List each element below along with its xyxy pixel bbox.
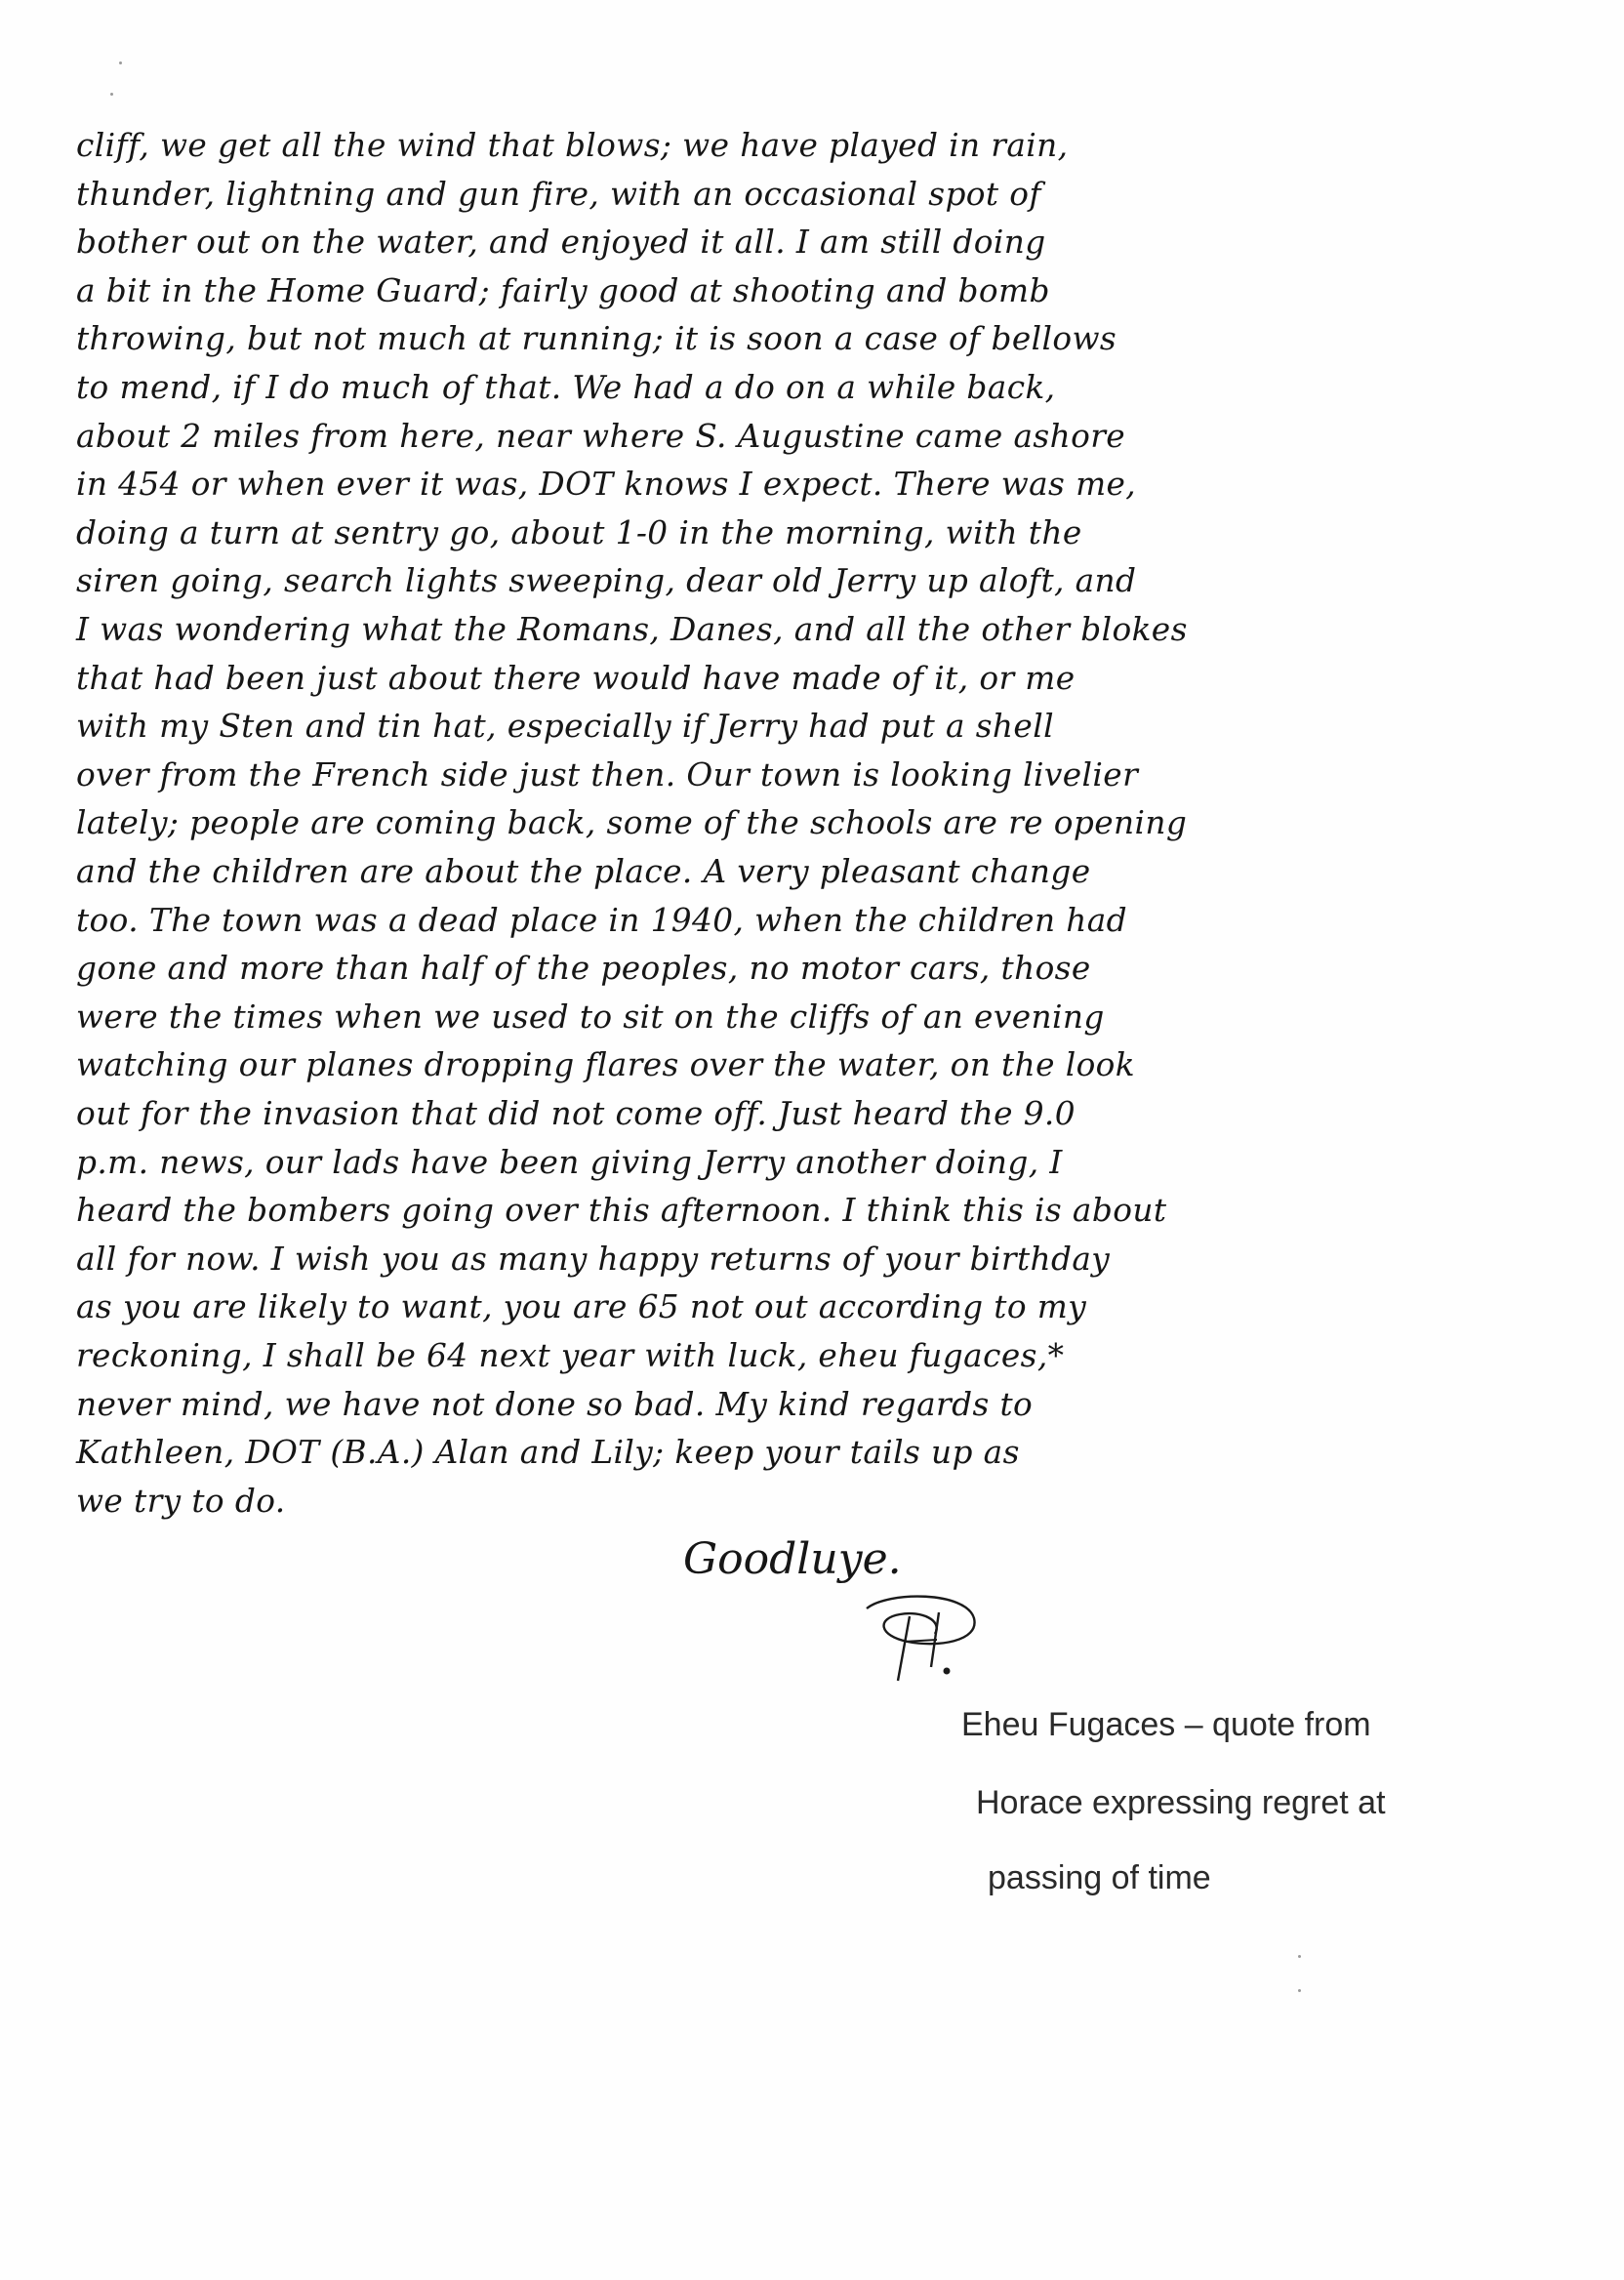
footnote-line: Eheu Fugaces – quote from [961, 1706, 1371, 1744]
letter-line: heard the bombers going over this aftern… [76, 1194, 1374, 1226]
letter-line: bother out on the water, and enjoyed it … [76, 225, 1374, 258]
letter-line: cliff, we get all the wind that blows; w… [76, 129, 1374, 161]
scan-speck [1298, 1955, 1301, 1958]
letter-closing: Goodluye. [683, 1534, 902, 1584]
letter-line: in 454 or when ever it was, DOT knows I … [76, 468, 1374, 500]
letter-line: doing a turn at sentry go, about 1-0 in … [76, 516, 1374, 549]
scan-speck [110, 93, 113, 96]
letter-line: with my Sten and tin hat, especially if … [76, 710, 1374, 742]
letter-page: cliff, we get all the wind that blows; w… [0, 0, 1624, 2280]
letter-line: a bit in the Home Guard; fairly good at … [76, 274, 1374, 306]
footnote-line: Horace expressing regret at [976, 1784, 1386, 1822]
letter-line: about 2 miles from here, near where S. A… [76, 420, 1374, 452]
letter-line: lately; people are coming back, some of … [76, 806, 1374, 838]
scan-speck [119, 61, 122, 64]
letter-line: never mind, we have not done so bad. My … [76, 1388, 1374, 1420]
letter-line: were the times when we used to sit on th… [76, 1000, 1374, 1033]
letter-line: out for the invasion that did not come o… [76, 1097, 1374, 1129]
letter-line: reckoning, I shall be 64 next year with … [76, 1339, 1374, 1371]
letter-line: gone and more than half of the peoples, … [76, 952, 1374, 984]
letter-line: as you are likely to want, you are 65 no… [76, 1290, 1374, 1323]
letter-line: throwing, but not much at running; it is… [76, 322, 1374, 354]
letter-line: p.m. news, our lads have been giving Jer… [76, 1146, 1374, 1178]
letter-line: to mend, if I do much of that. We had a … [76, 371, 1374, 403]
letter-line: we try to do. [76, 1485, 1374, 1517]
scan-speck [1298, 1989, 1301, 1992]
letter-line: too. The town was a dead place in 1940, … [76, 904, 1374, 936]
letter-line: I was wondering what the Romans, Danes, … [76, 613, 1374, 645]
letter-line: Kathleen, DOT (B.A.) Alan and Lily; keep… [76, 1436, 1374, 1468]
letter-line: that had been just about there would hav… [76, 662, 1374, 694]
signature-monogram: H. [849, 1591, 995, 1689]
letter-line: siren going, search lights sweeping, dea… [76, 564, 1374, 596]
letter-line: and the children are about the place. A … [76, 855, 1374, 887]
letter-line: watching our planes dropping flares over… [76, 1048, 1374, 1080]
letter-line: thunder, lightning and gun fire, with an… [76, 178, 1374, 210]
footnote-line: passing of time [988, 1859, 1211, 1897]
letter-line: all for now. I wish you as many happy re… [76, 1242, 1374, 1275]
svg-text:H.: H. [943, 1684, 945, 1686]
letter-line: over from the French side just then. Our… [76, 758, 1374, 791]
